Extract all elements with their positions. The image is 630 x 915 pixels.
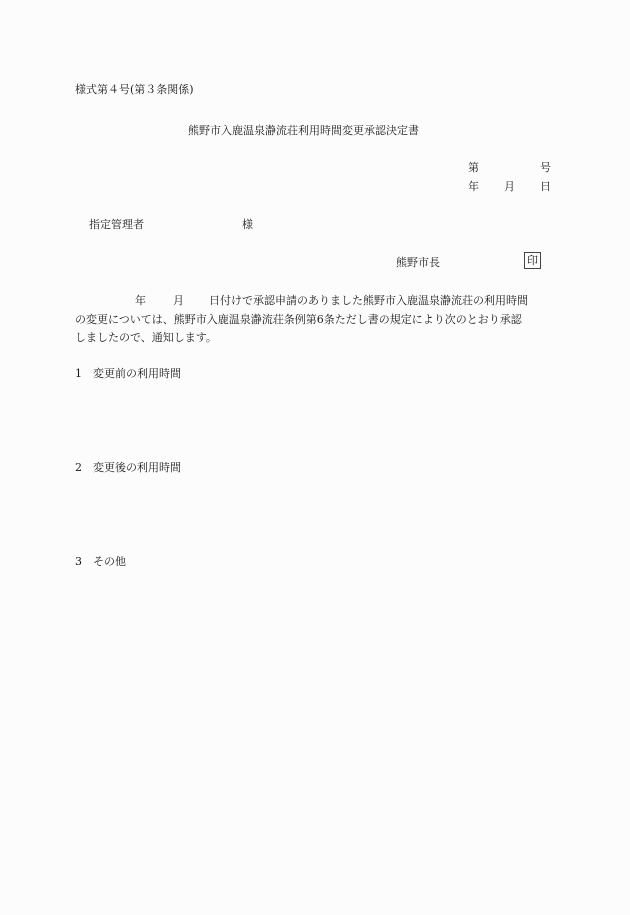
reference-dai-label: 第 [468, 161, 479, 175]
body-line-1: 日付けで承認申請のありました熊野市入鹿温泉瀞流荘の利用時間 [209, 292, 528, 311]
item-number: 2 [75, 461, 93, 475]
item-number: 1 [75, 367, 93, 381]
item-before-hours: 1変更前の利用時間 [75, 367, 181, 381]
item-label: 変更後の利用時間 [93, 461, 181, 474]
body-year-label: 年 [135, 292, 146, 311]
body-month-label: 月 [173, 292, 184, 311]
date-month-label: 月 [504, 180, 515, 194]
addressee-label: 指定管理者 [89, 218, 144, 232]
body-line-3: しましたので、通知します。 [75, 329, 217, 348]
item-other: 3その他 [75, 555, 126, 569]
date-year-label: 年 [468, 180, 479, 194]
seal-icon: 印 [524, 252, 541, 269]
addressee-honorific: 様 [242, 218, 253, 232]
item-after-hours: 2変更後の利用時間 [75, 461, 181, 475]
item-label: 変更前の利用時間 [93, 367, 181, 380]
document-title: 熊野市入鹿温泉瀞流荘利用時間変更承認決定書 [188, 124, 419, 138]
reference-go-label: 号 [540, 161, 551, 175]
body-line-2: の変更については、熊野市入鹿温泉瀞流荘条例第6条ただし書の規定により次のとおり承… [75, 311, 522, 330]
form-number: 様式第４号(第３条関係) [75, 83, 194, 97]
issuer-label: 熊野市長 [396, 256, 440, 270]
date-day-label: 日 [540, 180, 551, 194]
item-label: その他 [93, 555, 126, 568]
item-number: 3 [75, 555, 93, 569]
